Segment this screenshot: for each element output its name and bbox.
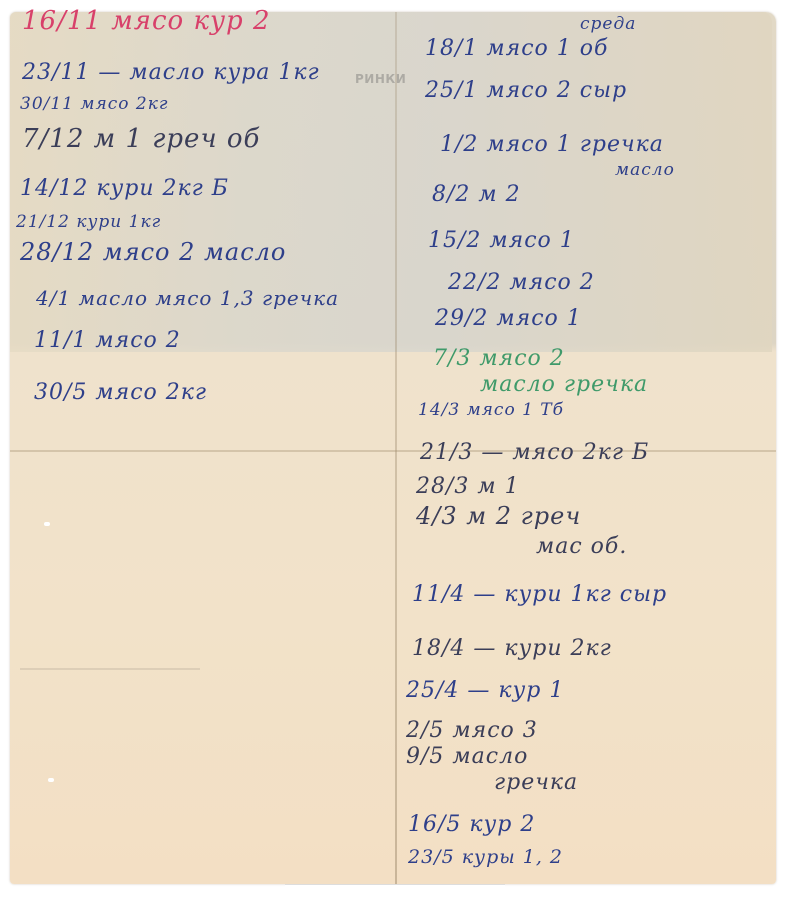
entry-left-7: 4/1 масло мясо 1,3 гречка [36,286,339,310]
entry-left-0: 16/11 мясо кур 2 [22,6,271,36]
entry-left-6: 28/12 мясо 2 масло [20,238,286,266]
entry-right-7: 29/2 мясо 1 [435,306,582,331]
punch-hole [44,522,50,526]
entry-right-5: 15/2 мясо 1 [428,228,575,253]
entry-right-8: 7/3 мясо 2 [433,346,565,371]
horizontal-fold [10,450,776,452]
entry-right-9: масло гречка [480,372,648,397]
entry-right-12: 28/3 м 1 [416,474,520,499]
entry-left-1: 23/11 — масло кура 1кг [22,60,320,85]
entry-right-1: 25/1 мясо 2 сыр [425,78,627,103]
entry-left-2: 30/11 мясо 2кг [20,94,168,114]
entry-right-4: 8/2 м 2 [432,182,521,207]
entry-right-19: 9/5 масло [406,744,528,769]
entry-right-14: мас об. [536,534,627,559]
entry-left-5: 21/12 кури 1кг [16,212,161,232]
entry-left-9: 30/5 мясо 2кг [34,380,207,405]
entry-left-3: 7/12 м 1 греч об [22,124,260,154]
printed-header-fragment: РИНКИ [355,72,406,86]
punch-hole [48,778,54,782]
entry-right-18: 2/5 мясо 3 [406,718,538,743]
entry-left-8: 11/1 мясо 2 [34,328,181,353]
entry-right-6: 22/2 мясо 2 [448,270,595,295]
entry-right-21: 16/5 кур 2 [408,812,535,837]
vertical-fold [395,12,397,884]
entry-right-15: 11/4 — кури 1кг сыр [412,582,667,607]
entry-left-4: 14/12 кури 2кг Б [20,176,229,201]
entry-right-10: 14/3 мясо 1 Тб [418,400,564,420]
header-day: среда [580,14,636,34]
entry-right-11: 21/3 — мясо 2кг Б [420,440,649,465]
entry-right-17: 25/4 — кур 1 [406,678,564,703]
entry-right-2: 1/2 мясо 1 гречка [440,132,664,157]
entry-right-22: 23/5 куры 1, 2 [408,846,563,868]
entry-right-16: 18/4 — кури 2кг [412,636,612,661]
entry-right-3: масло [615,160,675,180]
scan-background-tab [285,884,505,902]
entry-right-20: гречка [494,770,578,795]
entry-right-0: 18/1 мясо 1 об [425,36,608,61]
entry-right-13: 4/3 м 2 греч [416,502,581,530]
faint-fold [20,668,200,670]
